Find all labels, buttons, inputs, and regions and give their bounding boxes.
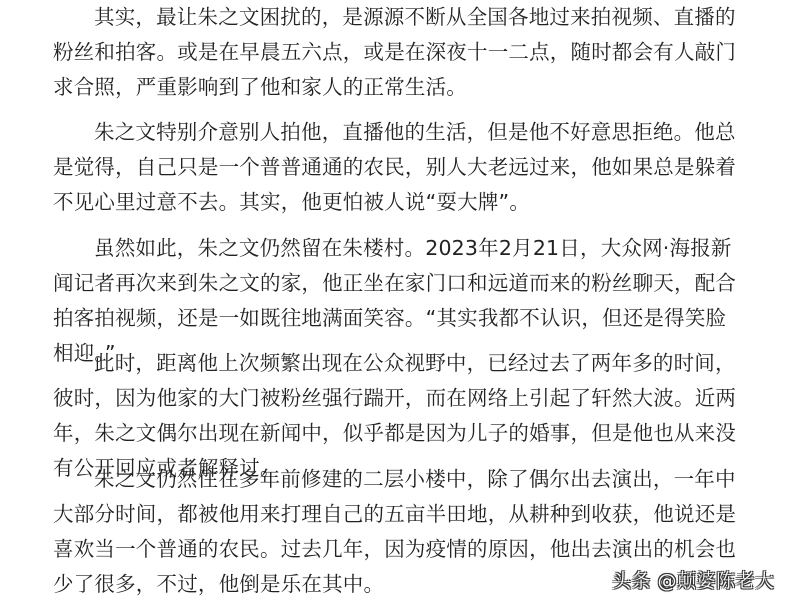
paragraph-2: 朱之文特别介意别人拍他，直播他的生活，但是他不好意思拒绝。他总是觉得，自己只是一…	[53, 115, 743, 220]
paragraph-1: 其实，最让朱之文困扰的，是源源不断从全国各地过来拍视频、直播的粉丝和拍客。或是在…	[53, 0, 743, 105]
source-watermark: 头条 @颠婆陈老大	[612, 566, 775, 593]
